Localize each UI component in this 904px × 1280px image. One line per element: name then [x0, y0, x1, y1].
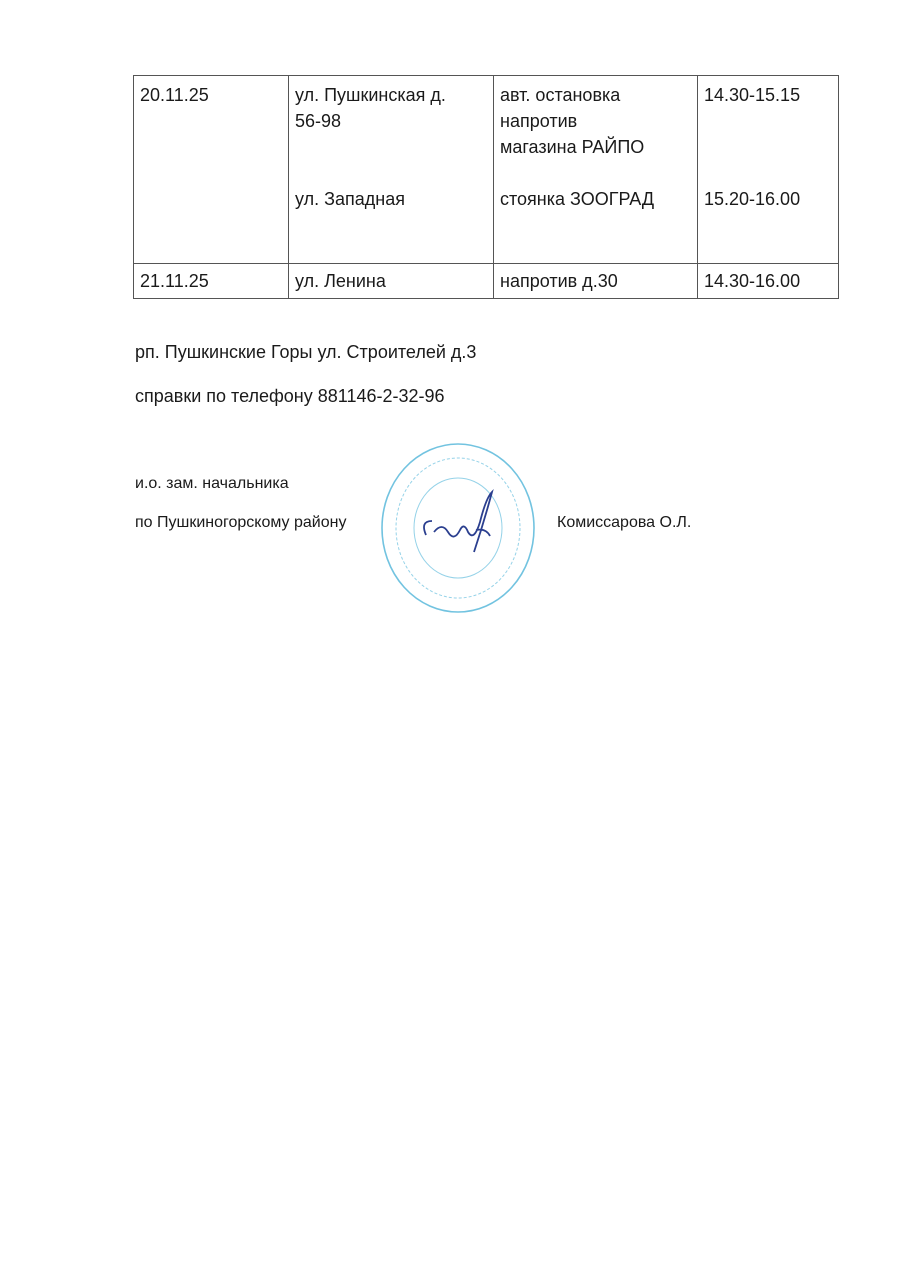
date-cell: 20.11.25	[134, 76, 289, 264]
street-text: ул. Ленина	[295, 271, 386, 291]
address-line: рп. Пушкинские Горы ул. Строителей д.3	[135, 342, 476, 363]
time-cell: 14.30-15.15 15.20-16.00	[698, 76, 839, 264]
place-text: авт. остановка	[500, 82, 691, 108]
place-text: напротив д.30	[500, 271, 618, 291]
time-text: 14.30-16.00	[704, 271, 800, 291]
date-text: 20.11.25	[140, 85, 209, 105]
table-row: 20.11.25 ул. Пушкинская д. 56-98 ул. Зап…	[134, 76, 839, 264]
time-cell: 14.30-16.00	[698, 264, 839, 299]
place-text: стоянка ЗООГРАД	[500, 186, 691, 212]
date-cell: 21.11.25	[134, 264, 289, 299]
place-text: магазина РАЙПО	[500, 134, 691, 160]
place-cell: авт. остановка напротив магазина РАЙПО с…	[494, 76, 698, 264]
time-text: 15.20-16.00	[704, 186, 832, 212]
street-text: ул. Пушкинская д.	[295, 82, 487, 108]
signer-name: Комиссарова О.Л.	[557, 514, 691, 532]
schedule-table: 20.11.25 ул. Пушкинская д. 56-98 ул. Зап…	[133, 75, 839, 299]
table-row: 21.11.25 ул. Ленина напротив д.30 14.30-…	[134, 264, 839, 299]
street-text: ул. Западная	[295, 186, 487, 212]
street-cell: ул. Пушкинская д. 56-98 ул. Западная	[289, 76, 494, 264]
signer-position-line1: и.о. зам. начальника	[135, 475, 289, 493]
signer-position-line2: по Пушкиногорскому району	[135, 514, 346, 532]
place-text: напротив	[500, 108, 691, 134]
street-cell: ул. Ленина	[289, 264, 494, 299]
official-stamp-icon	[378, 440, 538, 616]
date-text: 21.11.25	[140, 271, 209, 291]
signature-scribble-icon	[424, 492, 492, 552]
time-text: 14.30-15.15	[704, 82, 832, 108]
street-text: 56-98	[295, 108, 487, 134]
place-cell: напротив д.30	[494, 264, 698, 299]
phone-line: справки по телефону 881146-2-32-96	[135, 386, 445, 407]
